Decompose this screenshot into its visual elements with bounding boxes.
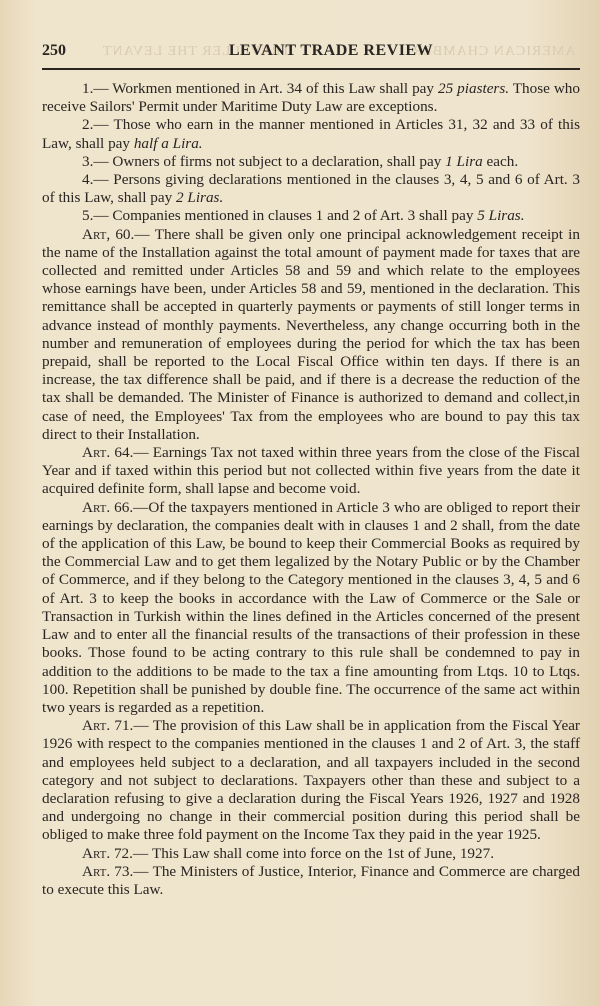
amount-italic: 25 piasters. — [438, 80, 509, 97]
paragraph: 1.— Workmen mentioned in Art. 34 of this… — [42, 80, 580, 116]
paragraph-text: Persons giving declarations mentioned in… — [42, 171, 580, 206]
paragraph: Art, 60.— There shall be given only one … — [42, 226, 580, 444]
running-title: LEVANT TRADE REVIEW — [42, 42, 580, 60]
paragraph-text: Workmen mentioned in Art. 34 of this Law… — [112, 80, 438, 97]
paragraph-text: There shall be given only one principal … — [42, 226, 580, 443]
paragraph: 4.— Persons giving declarations mentione… — [42, 171, 580, 207]
clause-number: Art. 64.— — [82, 444, 153, 461]
article-body: 1.— Workmen mentioned in Art. 34 of this… — [42, 80, 580, 899]
clause-number: 3.— — [82, 153, 112, 170]
clause-number: Art. 71.— — [82, 717, 153, 734]
paragraph-text: The provision of this Law shall be in ap… — [42, 717, 580, 843]
paragraph: Art. 72.— This Law shall come into force… — [42, 845, 580, 863]
amount-italic: 1 Lira — [445, 153, 483, 170]
paragraph: 2.— Those who earn in the manner mention… — [42, 116, 580, 152]
paragraph: Art. 71.— The provision of this Law shal… — [42, 717, 580, 844]
amount-italic: 5 Liras. — [477, 207, 524, 224]
clause-number: 4.— — [82, 171, 113, 188]
paragraph-text: This Law shall come into force on the 1s… — [152, 845, 494, 862]
paragraph-text: Companies mentioned in clauses 1 and 2 o… — [112, 207, 477, 224]
paragraph-suffix: each. — [483, 153, 518, 170]
clause-number: 1.— — [82, 80, 112, 97]
paragraph-text: Of the taxpayers mentioned in Article 3 … — [42, 499, 580, 716]
clause-number: Art, 60.— — [82, 226, 155, 243]
clause-number: 5.— — [82, 207, 112, 224]
page-header: 250 TRAVELLER THE LEVANT AMERICAN CHAMBE… — [42, 38, 580, 70]
clause-number: Art. 73.— — [82, 863, 153, 880]
amount-italic: half a Lira. — [134, 135, 203, 152]
paragraph-text: Those who earn in the manner mentioned i… — [42, 116, 580, 151]
paragraph: Art. 73.— The Ministers of Justice, Inte… — [42, 863, 580, 899]
paragraph: Art. 66.—Of the taxpayers mentioned in A… — [42, 499, 580, 717]
amount-italic: 2 Liras. — [176, 189, 223, 206]
paragraph: 3.— Owners of firms not subject to a dec… — [42, 153, 580, 171]
paragraph-text: Owners of firms not subject to a declara… — [112, 153, 445, 170]
clause-number: Art. 72.— — [82, 845, 152, 862]
clause-number: 2.— — [82, 116, 113, 133]
paragraph: Art. 64.— Earnings Tax not taxed within … — [42, 444, 580, 499]
clause-number: Art. 66.— — [82, 499, 148, 516]
paragraph: 5.— Companies mentioned in clauses 1 and… — [42, 207, 580, 225]
